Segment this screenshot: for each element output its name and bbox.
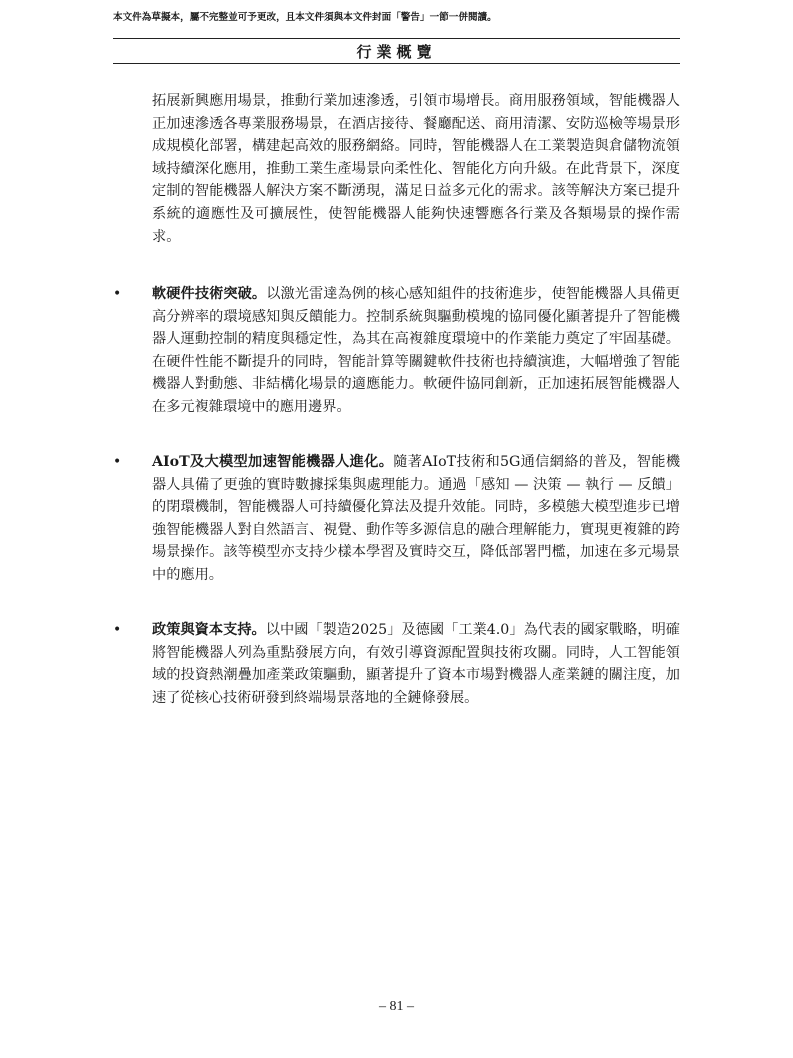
header-rule-top <box>113 38 680 39</box>
bullet-body: 隨著AIoT技術和5G通信網絡的普及，智能機器人具備了更強的實時數據採集與處理能… <box>152 454 680 583</box>
bullet-marker: • <box>113 619 121 642</box>
bullet-body: 以激光雷達為例的核心感知組件的技術進步，使智能機器人具備更高分辨率的環境感知與反… <box>152 286 680 415</box>
page-number: – 81 – <box>0 999 793 1015</box>
bullet-marker: • <box>113 283 121 306</box>
bullet-lead: 政策與資本支持。 <box>152 622 266 638</box>
bullet-text: 政策與資本支持。以中國「製造2025」及德國「工業4.0」為代表的國家戰略，明確… <box>152 619 680 709</box>
draft-disclaimer: 本文件為草擬本，屬不完整並可予更改，且本文件須與本文件封面「警告」一節一併閱讀。 <box>113 9 497 23</box>
header-rule-bottom <box>113 63 680 64</box>
intro-paragraph: 拓展新興應用場景，推動行業加速滲透，引領市場增長。商用服務領域，智能機器人正加速… <box>152 90 680 248</box>
bullet-item: • 軟硬件技術突破。以激光雷達為例的核心感知組件的技術進步，使智能機器人具備更高… <box>113 283 680 419</box>
section-title: 行業概覽 <box>113 41 680 62</box>
bullet-lead: AIoT及大模型加速智能機器人進化。 <box>152 454 393 470</box>
bullet-marker: • <box>113 451 121 474</box>
bullet-item: • AIoT及大模型加速智能機器人進化。隨著AIoT技術和5G通信網絡的普及，智… <box>113 451 680 587</box>
bullet-text: AIoT及大模型加速智能機器人進化。隨著AIoT技術和5G通信網絡的普及，智能機… <box>152 451 680 587</box>
bullet-item: • 政策與資本支持。以中國「製造2025」及德國「工業4.0」為代表的國家戰略，… <box>113 619 680 709</box>
bullet-lead: 軟硬件技術突破。 <box>152 286 266 302</box>
bullet-text: 軟硬件技術突破。以激光雷達為例的核心感知組件的技術進步，使智能機器人具備更高分辨… <box>152 283 680 419</box>
